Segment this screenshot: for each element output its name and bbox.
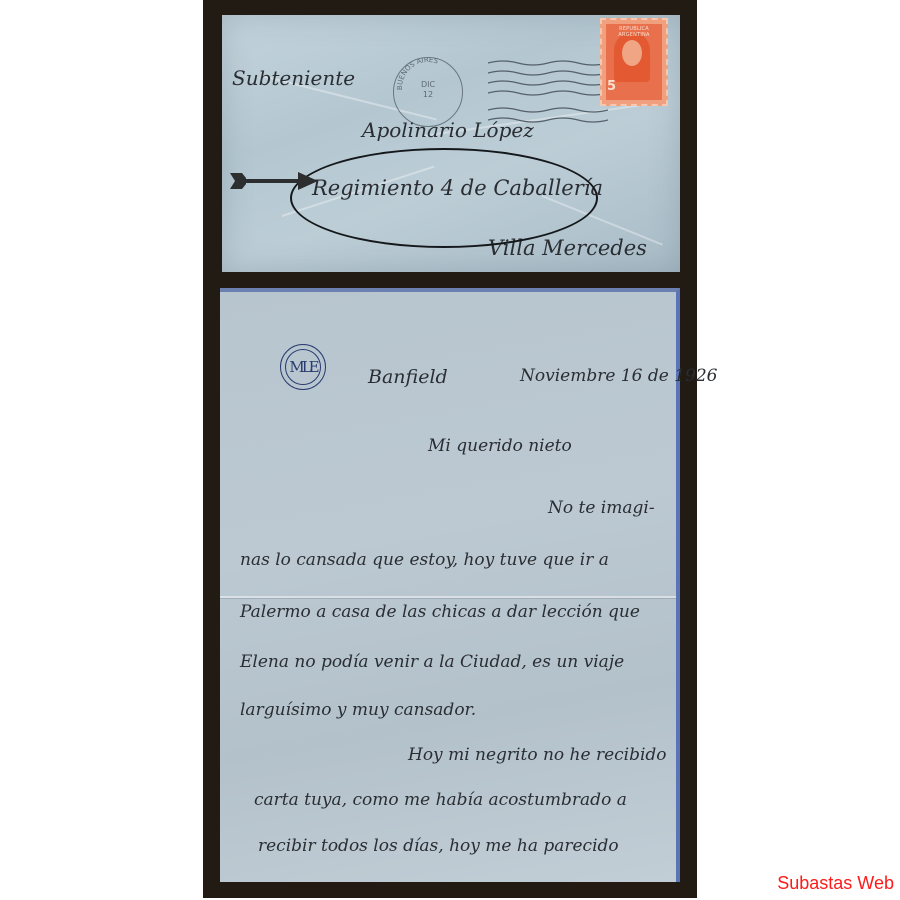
letter-line: Hoy mi negrito no he recibido — [408, 745, 667, 765]
arrow-right-icon — [230, 170, 318, 192]
letter-line: No te imagi- — [548, 498, 655, 518]
letter-line: Palermo a casa de las chicas a dar lecci… — [240, 602, 640, 622]
monogram-icon: MLE — [280, 344, 326, 390]
postmark-icon: BUENOS AIRES DIC 12 — [393, 57, 463, 127]
letter-salutation: Mi querido nieto — [428, 436, 572, 456]
watermark: Subastas Web — [777, 873, 894, 894]
postage-stamp: REPUBLICA ARGENTINA 5 — [600, 18, 668, 106]
monogram-letters: MLE — [285, 349, 321, 385]
postmark-month: DIC — [394, 80, 462, 90]
highlight-oval — [290, 148, 598, 248]
letter-line: Elena no podía venir a la Ciudad, es un … — [240, 652, 624, 672]
letter-line: larguísimo y muy cansador. — [240, 700, 476, 720]
letter-line: carta tuya, como me había acostumbrado a — [254, 790, 627, 810]
address-line-rank: Subteniente — [232, 66, 355, 90]
letter-line: recibir todos los días, hoy me ha pareci… — [258, 836, 619, 856]
fold-crease — [220, 596, 676, 598]
postmark-day: 12 — [394, 90, 462, 100]
stamp-country: REPUBLICA ARGENTINA — [604, 26, 664, 38]
letter-date: Noviembre 16 de 1926 — [520, 366, 717, 386]
address-line-name: Apolinario López — [362, 118, 534, 142]
stamp-value: 5 — [607, 79, 616, 94]
letter-place: Banfield — [368, 366, 448, 388]
letter-line: nas lo cansada que estoy, hoy tuve que i… — [240, 550, 609, 570]
